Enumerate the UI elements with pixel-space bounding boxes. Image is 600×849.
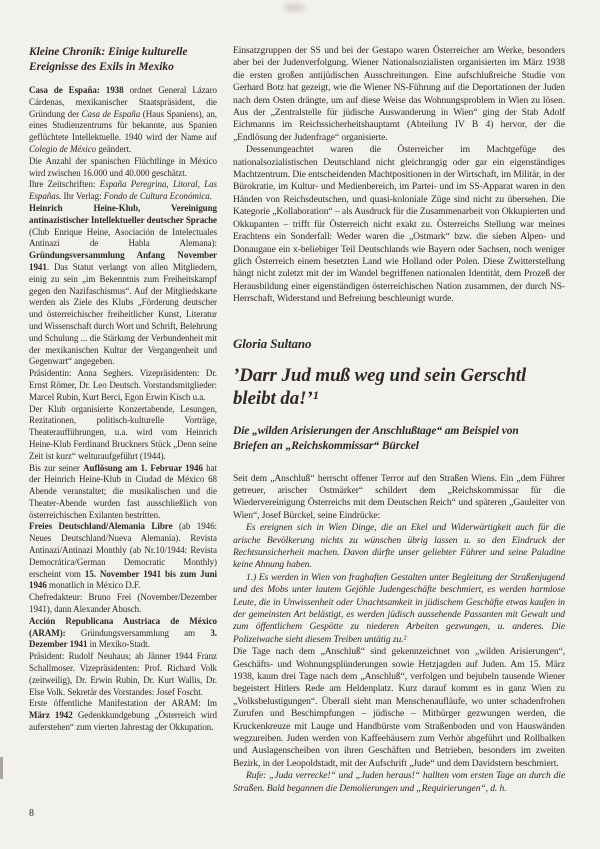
right-column: Einsatzgruppen der SS und bei der Gestap…: [233, 45, 565, 795]
text-run: Casa de España: [82, 109, 141, 119]
text-run: Der Klub organisierte Konzertabende, Les…: [29, 404, 217, 461]
article-paragraph: Seit dem „Anschluß“ herrscht offener Ter…: [233, 473, 565, 523]
article-paragraph: Die Tage nach dem „Anschluß“ sind gekenn…: [233, 646, 565, 770]
article-title-line: ’Darr Jud muß weg und sein Gerschtl: [233, 364, 565, 387]
text-run: März 1942: [29, 710, 78, 720]
article-title-line: bleibt da!’¹: [233, 387, 565, 410]
text-run: Bis zur seiner: [29, 463, 83, 473]
chronicle-entry-casa-de-espana: Casa de España: 1938 ordnet General Láza…: [29, 85, 217, 156]
chronicle-entry-journals: Ihre Zeitschriften: España Peregrina, Li…: [29, 179, 217, 203]
chronicle-entry-chefredakteur: Chefredakteur: Bruno Frei (November/Deze…: [29, 592, 217, 616]
text-run: Auflösung am 1. Februar 1946: [83, 463, 206, 473]
text-run: . Das Statut verlangt von allen Mitglied…: [29, 262, 217, 366]
text-run: in Mexiko-Stadt.: [90, 639, 150, 649]
scan-edge-artifact: [0, 757, 3, 779]
text-run: Heinrich Heine-Klub, Vereinigung antinaz…: [29, 203, 217, 225]
text-run: Erste öffentliche Manifestation der ARAM…: [29, 698, 217, 708]
text-run: Colegio de México: [29, 144, 96, 154]
article-continuation-paragraph: Dessenungeachtet waren die Österreicher …: [233, 144, 565, 305]
article-subtitle-line: Briefen an „Reichskommissar“ Bürckel: [233, 439, 565, 454]
text-run: Freies Deutschland/Alemania Libre: [29, 521, 179, 531]
text-run: Casa de España: 1938: [29, 85, 130, 95]
article-quote-paragraph: Rufe: „Juda verrecke!“ und „Juden heraus…: [233, 770, 565, 795]
text-run: monatlich in México D.F.: [49, 580, 140, 590]
chronicle-entry-aram: Acción Republicana Austriaca de México (…: [29, 616, 217, 651]
text-run: (Club Enrique Heine, Asociación de Intel…: [29, 227, 217, 249]
chronicle-heading: Kleine Chronik: Einige kulturelle Ereign…: [29, 45, 217, 75]
chronicle-entry-heine-klub: Heinrich Heine-Klub, Vereinigung antinaz…: [29, 203, 217, 368]
article-quote-paragraph: Es ereignen sich in Wien Dinge, die an E…: [233, 522, 565, 572]
page-number: 8: [29, 808, 34, 819]
scanned-book-page: Kleine Chronik: Einige kulturelle Ereign…: [0, 0, 600, 849]
text-run: Ihr Verlag:: [61, 191, 103, 201]
article-continuation-paragraph: Einsatzgruppen der SS und bei der Gestap…: [233, 45, 565, 144]
article-subtitle: Die „wilden Arisierungen der Anschlußtag…: [233, 424, 565, 454]
left-column: Kleine Chronik: Einige kulturelle Ereign…: [29, 45, 217, 734]
chronicle-entry-aram-manifestation: Erste öffentliche Manifestation der ARAM…: [29, 698, 217, 733]
chronicle-entry-heine-klub-board: Präsidentin: Anna Seghers. Vizepräsident…: [29, 368, 217, 403]
text-run: Präsident: Rudolf Neuhaus; ab Jänner 194…: [29, 651, 217, 696]
text-run: geändert.: [96, 144, 131, 154]
chronicle-entry-freies-deutschland: Freies Deutschland/Alemania Libre (ab 19…: [29, 521, 217, 592]
chronicle-entry-heine-klub-dissolution: Bis zur seiner Auflösung am 1. Februar 1…: [29, 463, 217, 522]
article-title: ’Darr Jud muß weg und sein Gerschtl blei…: [233, 364, 565, 410]
chronicle-entry-heine-klub-events: Der Klub organisierte Konzertabende, Les…: [29, 404, 217, 463]
text-run: Chefredakteur: Bruno Frei (November/Deze…: [29, 592, 217, 614]
text-run: Fondo de Cultura Económica.: [104, 191, 212, 201]
chronicle-entry-refugee-count: Die Anzahl der spanischen Flüchtlinge in…: [29, 156, 217, 180]
scan-smudge-artifact: [283, 3, 305, 12]
text-run: Ihre Zeitschriften:: [29, 179, 100, 189]
text-run: Gründungsversammlung am: [81, 628, 210, 638]
text-run: Präsidentin: Anna Seghers. Vizepräsident…: [29, 368, 217, 402]
article-quote-paragraph: 1.) Es werden in Wien von fraghaften Ges…: [233, 572, 565, 646]
article-subtitle-line: Die „wilden Arisierungen der Anschlußtag…: [233, 424, 565, 439]
text-run: Die Anzahl der spanischen Flüchtlinge in…: [29, 156, 217, 178]
article-author: Gloria Sultano: [233, 336, 565, 351]
chronicle-entry-aram-board: Präsident: Rudolf Neuhaus; ab Jänner 194…: [29, 651, 217, 698]
